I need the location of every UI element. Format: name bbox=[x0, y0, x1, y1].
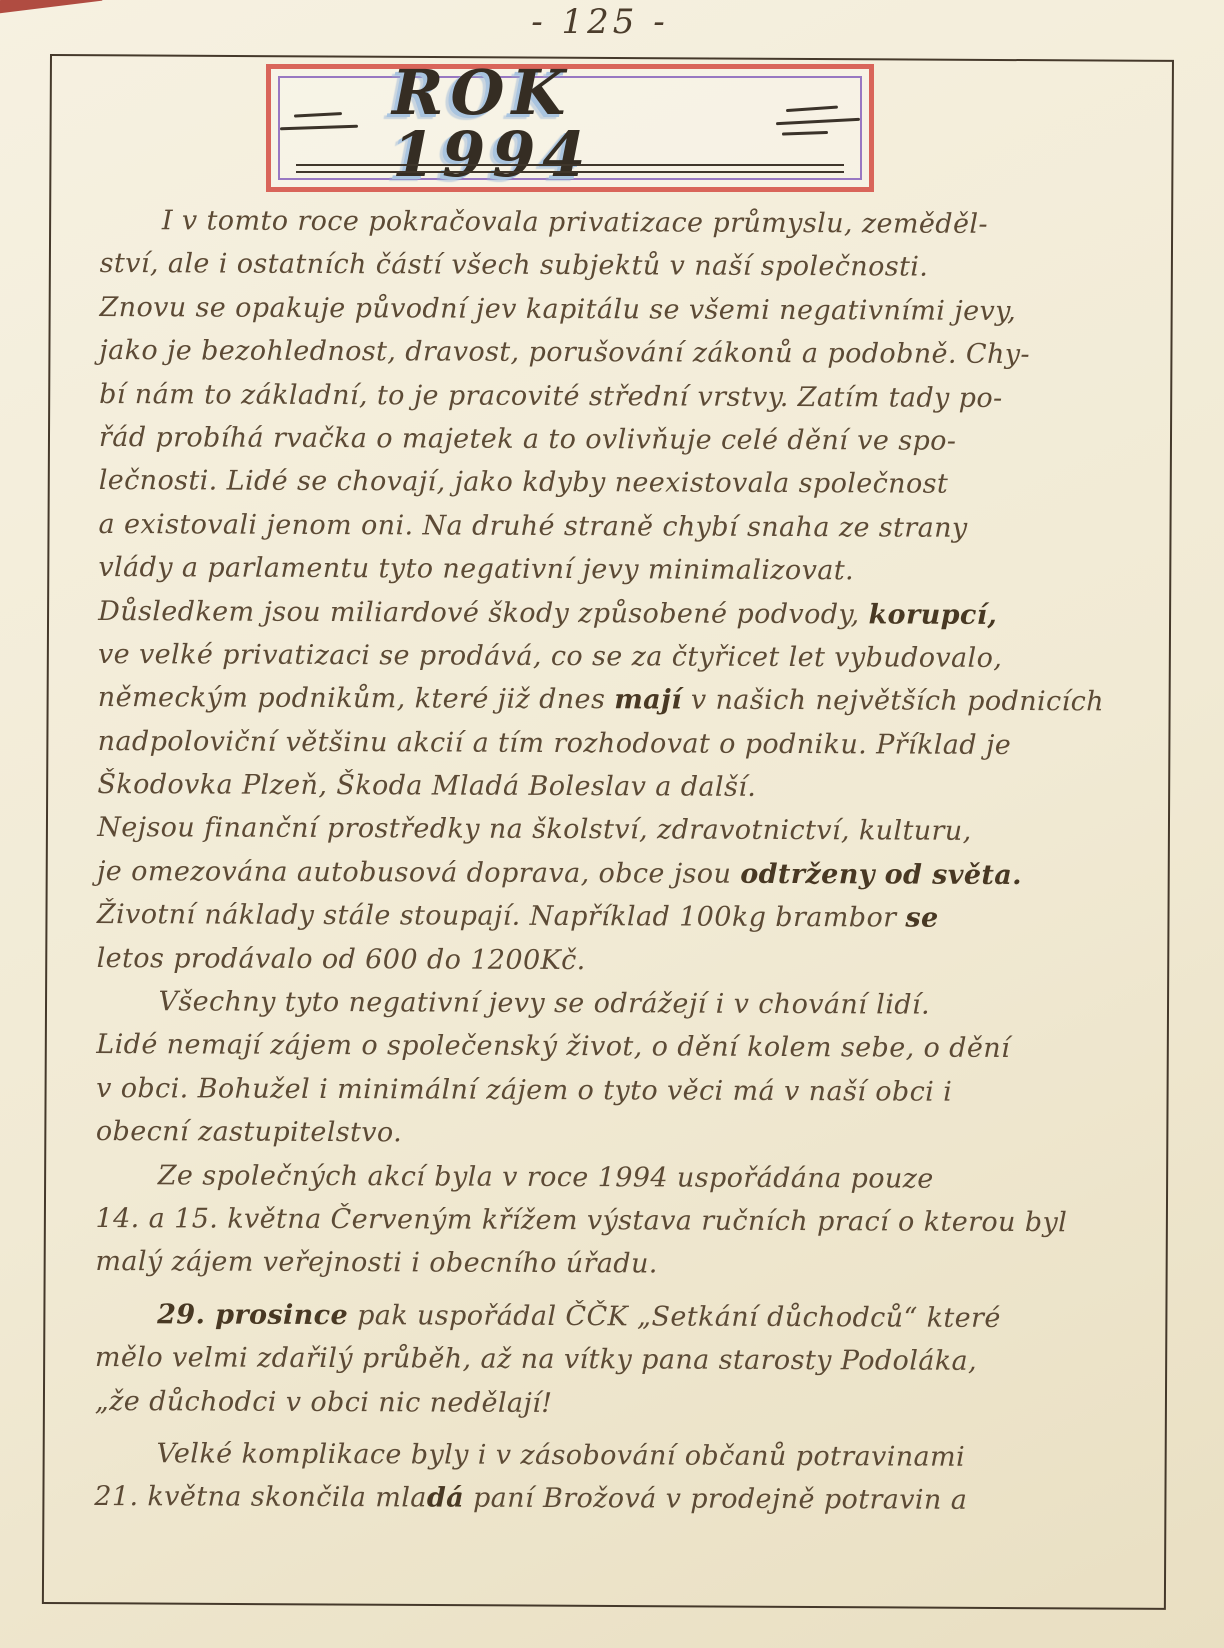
manuscript-body: I v tomto roce pokračovala privatizace p… bbox=[94, 199, 1122, 1523]
manuscript-text: Životní náklady stále stoupají. Napříkla… bbox=[97, 899, 906, 934]
manuscript-emphasis: korupcí, bbox=[868, 599, 997, 631]
manuscript-text: pak uspořádal ČČK „Setkání důchodců“ kte… bbox=[348, 1300, 1001, 1334]
manuscript-line: německým podnikům, které již dnes mají v… bbox=[98, 676, 1120, 724]
manuscript-text: lečnosti. Lidé se chovají, jako kdyby ne… bbox=[99, 465, 949, 500]
manuscript-emphasis: dá bbox=[427, 1483, 464, 1514]
title-underline bbox=[296, 164, 844, 166]
manuscript-line: obecní zastupitelstvo. bbox=[96, 1110, 1118, 1158]
manuscript-text: německým podnikům, které již dnes bbox=[98, 682, 615, 715]
manuscript-line: malý zájem veřejnosti i obecního úřadu. bbox=[95, 1240, 1117, 1288]
manuscript-text: Důsledkem jsou miliardové škody způsoben… bbox=[98, 596, 868, 630]
decorative-dashes-right-icon bbox=[776, 108, 860, 149]
manuscript-line: 14. a 15. května Červeným křížem výstava… bbox=[95, 1197, 1117, 1245]
manuscript-text: mělo velmi zdařilý průběh, až na vítky p… bbox=[95, 1342, 977, 1377]
manuscript-line: Škodovka Plzeň, Škoda Mladá Boleslav a d… bbox=[97, 763, 1119, 811]
manuscript-emphasis: se bbox=[905, 903, 938, 934]
manuscript-text: Znovu se opakuje původní jev kapitálu se… bbox=[99, 292, 1016, 327]
manuscript-line: bí nám to základní, to je pracovité stře… bbox=[99, 373, 1121, 421]
manuscript-line: řád probíhá rvačka o majetek a to ovlivň… bbox=[99, 416, 1121, 464]
manuscript-line: „že důchodci v obci nic nedělají! bbox=[95, 1380, 1117, 1428]
manuscript-line: vlády a parlamentu tyto negativní jevy m… bbox=[98, 546, 1120, 594]
manuscript-line: Nejsou finanční prostředky na školství, … bbox=[97, 806, 1119, 854]
manuscript-line: letos prodávalo od 600 do 1200Kč. bbox=[97, 937, 1119, 985]
decorative-dashes-left-icon bbox=[280, 114, 358, 143]
page-title: ROK 1994 bbox=[392, 62, 742, 194]
manuscript-text: Nejsou finanční prostředky na školství, … bbox=[97, 812, 972, 847]
manuscript-text: Velké komplikace byly i v zásobování obč… bbox=[156, 1438, 965, 1473]
manuscript-text: v obci. Bohužel i minimální zájem o tyto… bbox=[96, 1073, 952, 1108]
manuscript-line: Velké komplikace byly i v zásobování obč… bbox=[94, 1432, 1116, 1480]
manuscript-line: a existovali jenom oni. Na druhé straně … bbox=[98, 503, 1120, 551]
manuscript-line: nadpoloviční většinu akcií a tím rozhodo… bbox=[98, 720, 1120, 768]
manuscript-line: ve velké privatizaci se prodává, co se z… bbox=[98, 633, 1120, 681]
manuscript-line: mělo velmi zdařilý průběh, až na vítky p… bbox=[95, 1336, 1117, 1384]
manuscript-line: ství, ale i ostatních částí všech subjek… bbox=[100, 242, 1122, 290]
manuscript-text: Ze společných akcí byla v roce 1994 uspo… bbox=[158, 1160, 934, 1194]
manuscript-text: jako je bezohlednost, dravost, porušován… bbox=[99, 335, 1030, 370]
manuscript-line: 21. května skončila mladá paní Brožová v… bbox=[94, 1475, 1116, 1523]
manuscript-text: obecní zastupitelstvo. bbox=[96, 1116, 402, 1148]
manuscript-line: 29. prosince pak uspořádal ČČK „Setkání … bbox=[95, 1293, 1117, 1341]
manuscript-text: Škodovka Plzeň, Škoda Mladá Boleslav a d… bbox=[97, 769, 756, 803]
page-number: - 125 - bbox=[0, 2, 1200, 42]
manuscript-text: „že důchodci v obci nic nedělají! bbox=[95, 1386, 553, 1419]
manuscript-line: jako je bezohlednost, dravost, porušován… bbox=[99, 329, 1121, 377]
manuscript-text: vlády a parlamentu tyto negativní jevy m… bbox=[98, 552, 854, 586]
manuscript-text: bí nám to základní, to je pracovité stře… bbox=[99, 379, 1003, 414]
manuscript-text: Všechny tyto negativní jevy se odrážejí … bbox=[158, 986, 930, 1020]
manuscript-text: ství, ale i ostatních částí všech subjek… bbox=[100, 248, 929, 283]
manuscript-emphasis: mají bbox=[614, 685, 682, 716]
manuscript-text: malý zájem veřejnosti i obecního úřadu. bbox=[95, 1246, 658, 1279]
manuscript-text: a existovali jenom oni. Na druhé straně … bbox=[99, 509, 968, 544]
manuscript-line: v obci. Bohužel i minimální zájem o tyto… bbox=[96, 1067, 1118, 1115]
manuscript-emphasis: odtrženy od světa. bbox=[740, 859, 1022, 891]
manuscript-text: letos prodávalo od 600 do 1200Kč. bbox=[97, 943, 586, 976]
manuscript-text: 21. května skončila mla bbox=[94, 1481, 427, 1513]
year-title-box: ROK 1994 bbox=[266, 64, 874, 192]
manuscript-line: I v tomto roce pokračovala privatizace p… bbox=[100, 199, 1122, 247]
manuscript-text: nadpoloviční většinu akcií a tím rozhodo… bbox=[98, 726, 1012, 761]
year-title-inner-frame: ROK 1994 bbox=[278, 76, 862, 180]
manuscript-text: Lidé nemají zájem o společenský život, o… bbox=[96, 1029, 1010, 1064]
manuscript-line: Všechny tyto negativní jevy se odrážejí … bbox=[96, 980, 1118, 1028]
manuscript-line: je omezována autobusová doprava, obce js… bbox=[97, 850, 1119, 898]
title-underline bbox=[296, 171, 844, 173]
manuscript-text: ve velké privatizaci se prodává, co se z… bbox=[98, 639, 1002, 674]
manuscript-line: Znovu se opakuje původní jev kapitálu se… bbox=[99, 286, 1121, 334]
manuscript-line: lečnosti. Lidé se chovají, jako kdyby ne… bbox=[99, 459, 1121, 507]
manuscript-line: Ze společných akcí byla v roce 1994 uspo… bbox=[96, 1154, 1118, 1202]
manuscript-text: I v tomto roce pokračovala privatizace p… bbox=[162, 205, 988, 240]
manuscript-line: Lidé nemají zájem o společenský život, o… bbox=[96, 1023, 1118, 1071]
manuscript-text: je omezována autobusová doprava, obce js… bbox=[97, 856, 740, 890]
manuscript-text: řád probíhá rvačka o majetek a to ovlivň… bbox=[99, 422, 957, 457]
manuscript-line: Životní náklady stále stoupají. Napříkla… bbox=[97, 893, 1119, 941]
manuscript-emphasis: 29. prosince bbox=[157, 1299, 348, 1331]
manuscript-text: 14. a 15. května Červeným křížem výstava… bbox=[95, 1203, 1067, 1238]
manuscript-line: Důsledkem jsou miliardové škody způsoben… bbox=[98, 590, 1120, 638]
manuscript-text: paní Brožová v prodejně potravin a bbox=[464, 1483, 967, 1516]
manuscript-text: v našich největších podnicích bbox=[682, 685, 1104, 718]
